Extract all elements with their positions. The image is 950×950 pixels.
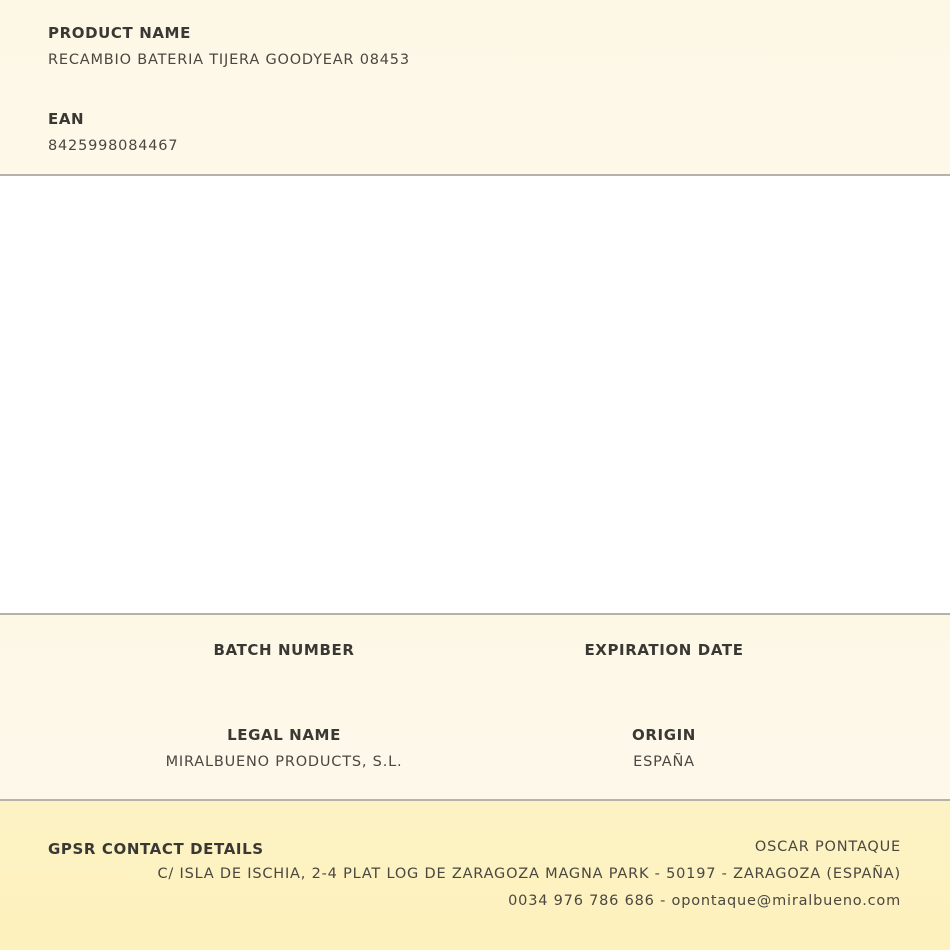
gpsr-contact-label: GPSR CONTACT DETAILS [48, 840, 264, 858]
product-details: BATCH NUMBER EXPIRATION DATE LEGAL NAME … [0, 613, 950, 801]
product-name-label: PRODUCT NAME [48, 24, 191, 42]
origin-value: ESPAÑA [633, 754, 695, 770]
legal-name-label: LEGAL NAME [227, 726, 341, 744]
gpsr-contact-address: C/ ISLA DE ISCHIA, 2-4 PLAT LOG DE ZARAG… [157, 866, 901, 882]
expiration-date-label: EXPIRATION DATE [584, 641, 743, 659]
ean-label: EAN [48, 110, 84, 128]
gpsr-contact-footer: GPSR CONTACT DETAILS OSCAR PONTAQUE C/ I… [0, 801, 950, 950]
blank-content-area [0, 176, 950, 613]
product-name-value: RECAMBIO BATERIA TIJERA GOODYEAR 08453 [48, 52, 410, 68]
batch-number-label: BATCH NUMBER [214, 641, 355, 659]
product-header: PRODUCT NAME RECAMBIO BATERIA TIJERA GOO… [0, 0, 950, 176]
gpsr-contact-phone-email: 0034 976 786 686 - opontaque@miralbueno.… [508, 893, 901, 909]
gpsr-contact-name: OSCAR PONTAQUE [755, 839, 901, 855]
origin-label: ORIGIN [632, 726, 696, 744]
ean-value: 8425998084467 [48, 138, 178, 154]
legal-name-value: MIRALBUENO PRODUCTS, S.L. [166, 754, 403, 770]
